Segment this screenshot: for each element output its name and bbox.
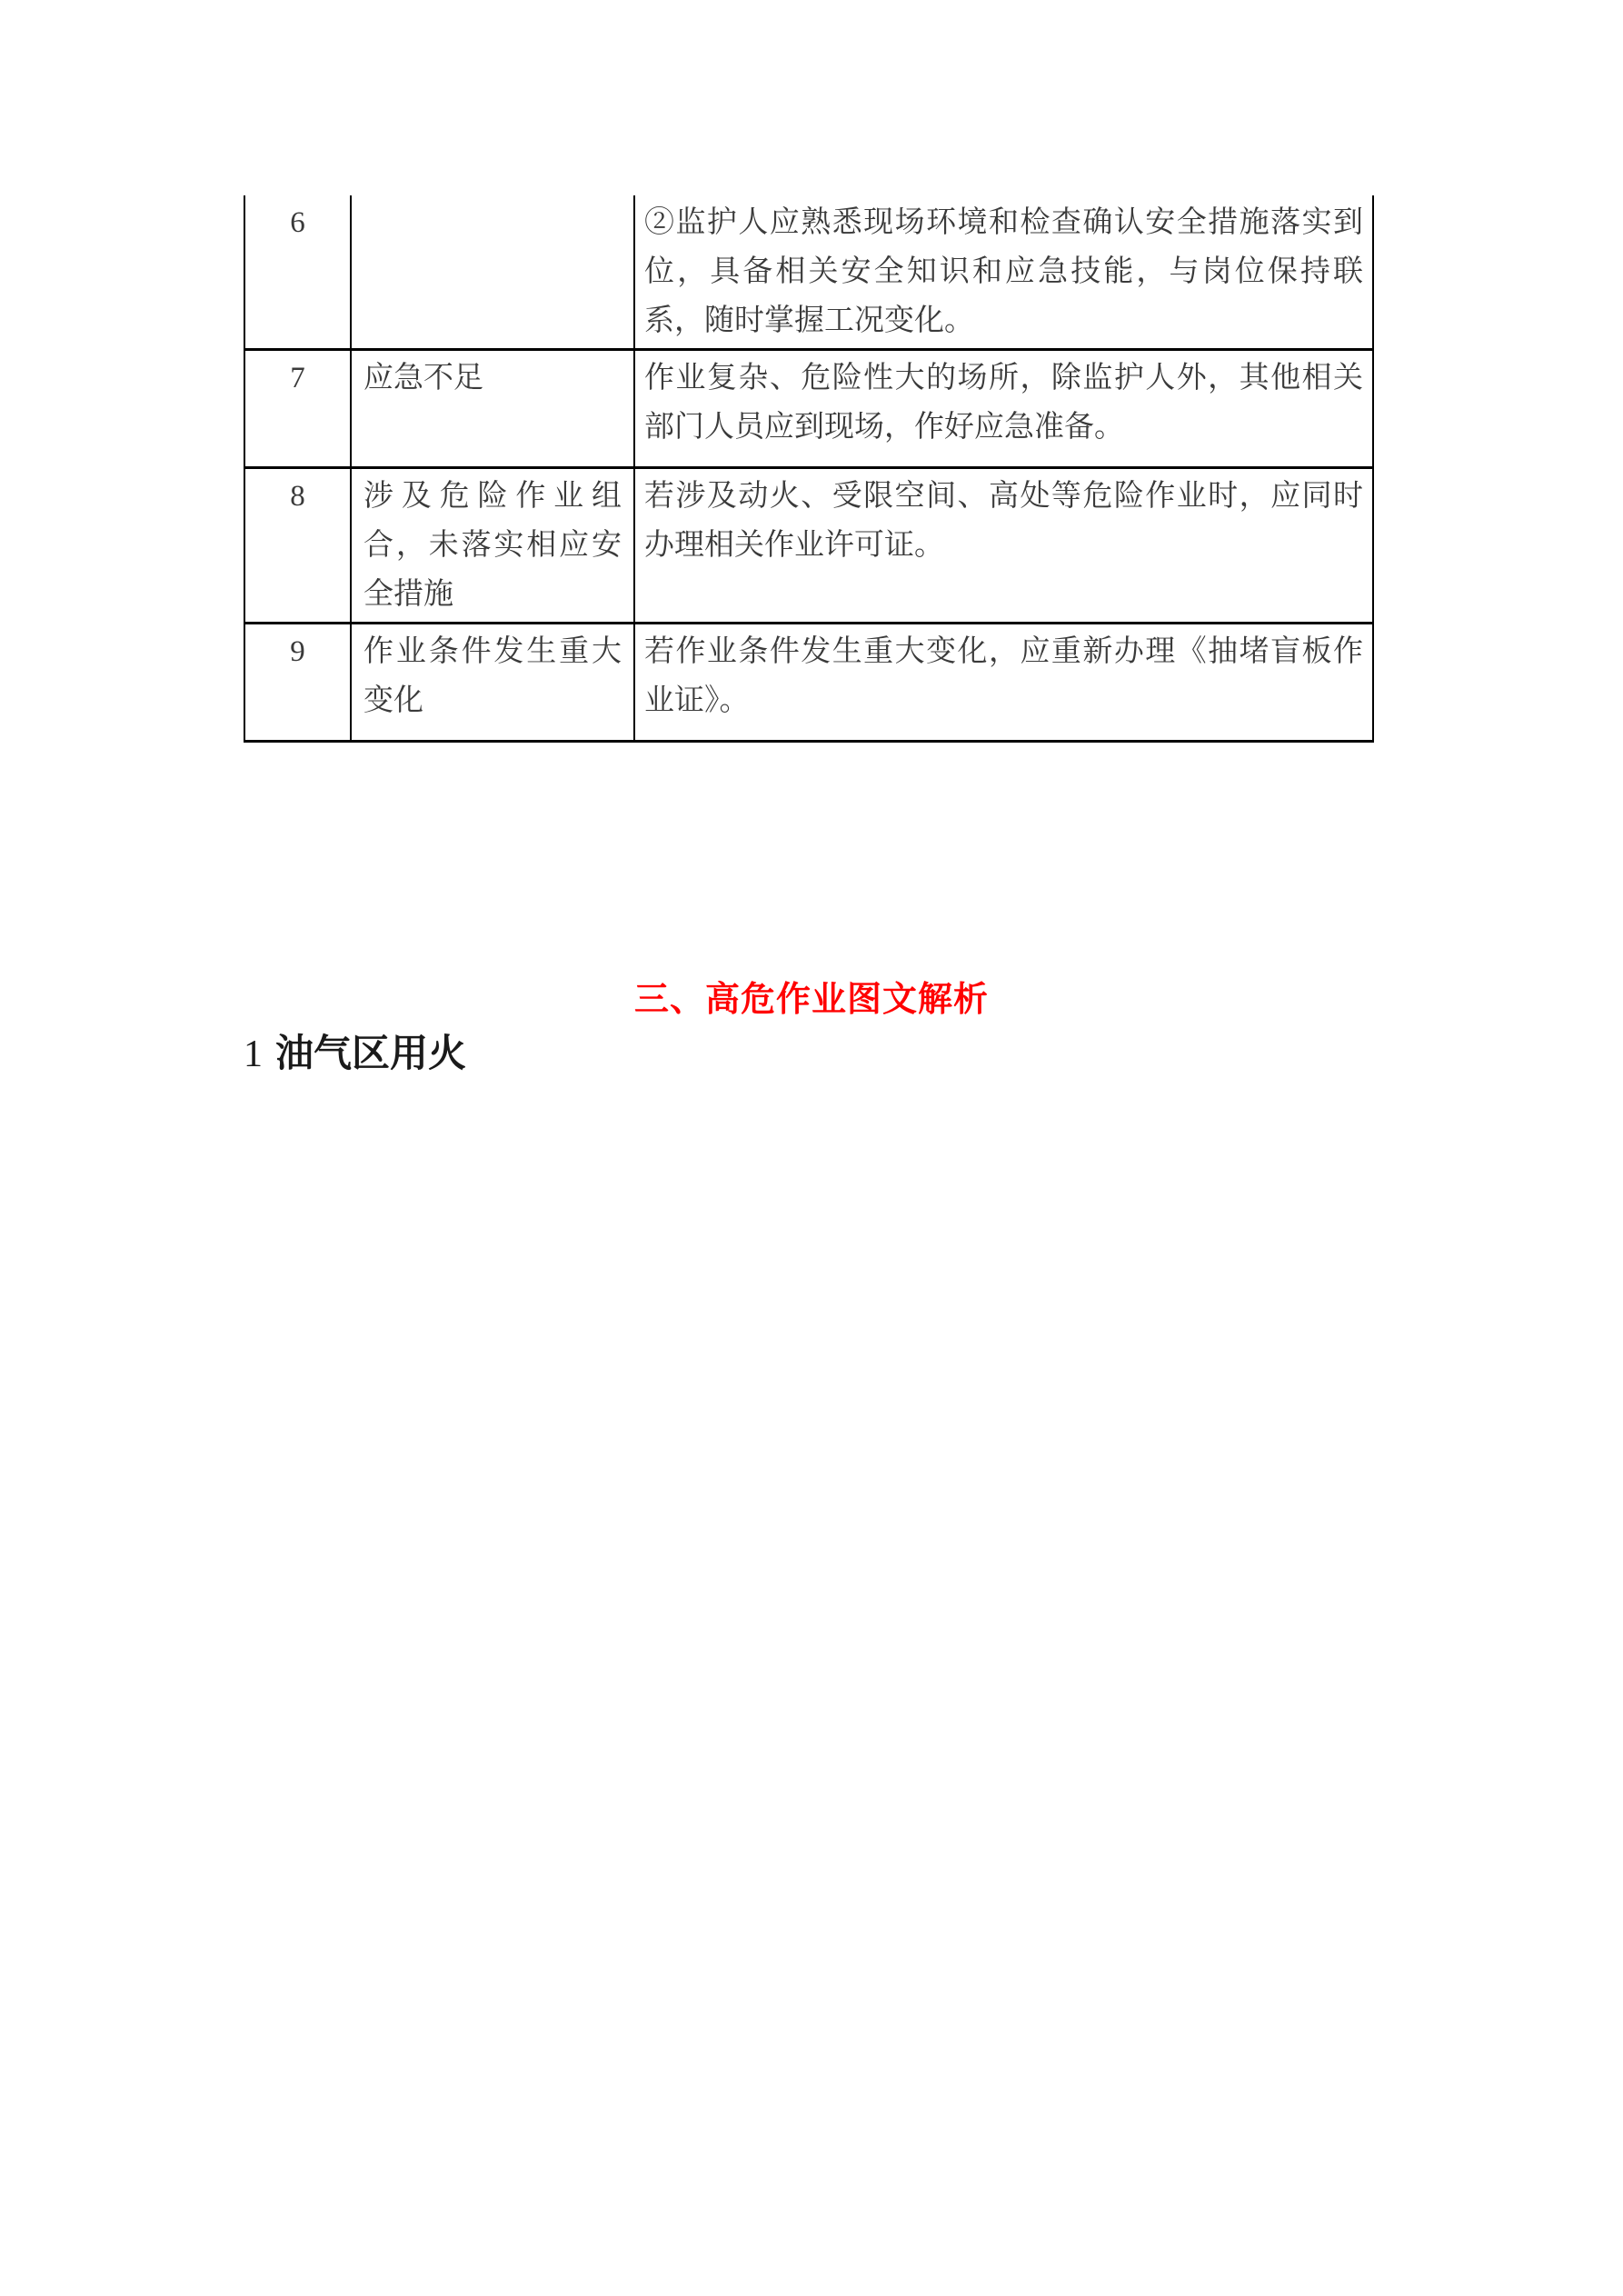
section-title: 三、高危作业图文解析: [0, 971, 1623, 1021]
subsection-title: 1油气区用火: [244, 1031, 466, 1078]
problem-cell: 涉及危险作业组合，未落实相应安全措施: [351, 468, 634, 624]
problem-cell: 应急不足: [351, 350, 634, 468]
row-number-cell: 8: [244, 468, 351, 624]
measure-cell: ②监护人应熟悉现场环境和检查确认安全措施落实到位，具备相关安全知识和应急技能，与…: [634, 195, 1373, 350]
subsection-number: 1: [244, 1033, 263, 1075]
table-row: 7 应急不足 作业复杂、危险性大的场所，除监护人外，其他相关部门人员应到现场，作…: [244, 350, 1373, 468]
row-number-cell: 9: [244, 624, 351, 742]
measure-cell: 作业复杂、危险性大的场所，除监护人外，其他相关部门人员应到现场，作好应急准备。: [634, 350, 1373, 468]
row-number-cell: 6: [244, 195, 351, 350]
measure-cell: 若涉及动火、受限空间、高处等危险作业时，应同时办理相关作业许可证。: [634, 468, 1373, 624]
problem-cell: 作业条件发生重大变化: [351, 624, 634, 742]
measure-cell: 若作业条件发生重大变化，应重新办理《抽堵盲板作业证》。: [634, 624, 1373, 742]
subsection-label: 油气区用火: [275, 1033, 466, 1075]
table-row: 9 作业条件发生重大变化 若作业条件发生重大变化，应重新办理《抽堵盲板作业证》。: [244, 624, 1373, 742]
table-row: 8 涉及危险作业组合，未落实相应安全措施 若涉及动火、受限空间、高处等危险作业时…: [244, 468, 1373, 624]
table-row: 6 ②监护人应熟悉现场环境和检查确认安全措施落实到位，具备相关安全知识和应急技能…: [244, 195, 1373, 350]
problem-cell: [351, 195, 634, 350]
safety-measures-table: 6 ②监护人应熟悉现场环境和检查确认安全措施落实到位，具备相关安全知识和应急技能…: [244, 195, 1374, 743]
row-number-cell: 7: [244, 350, 351, 468]
document-page: 6 ②监护人应熟悉现场环境和检查确认安全措施落实到位，具备相关安全知识和应急技能…: [0, 0, 1623, 2296]
